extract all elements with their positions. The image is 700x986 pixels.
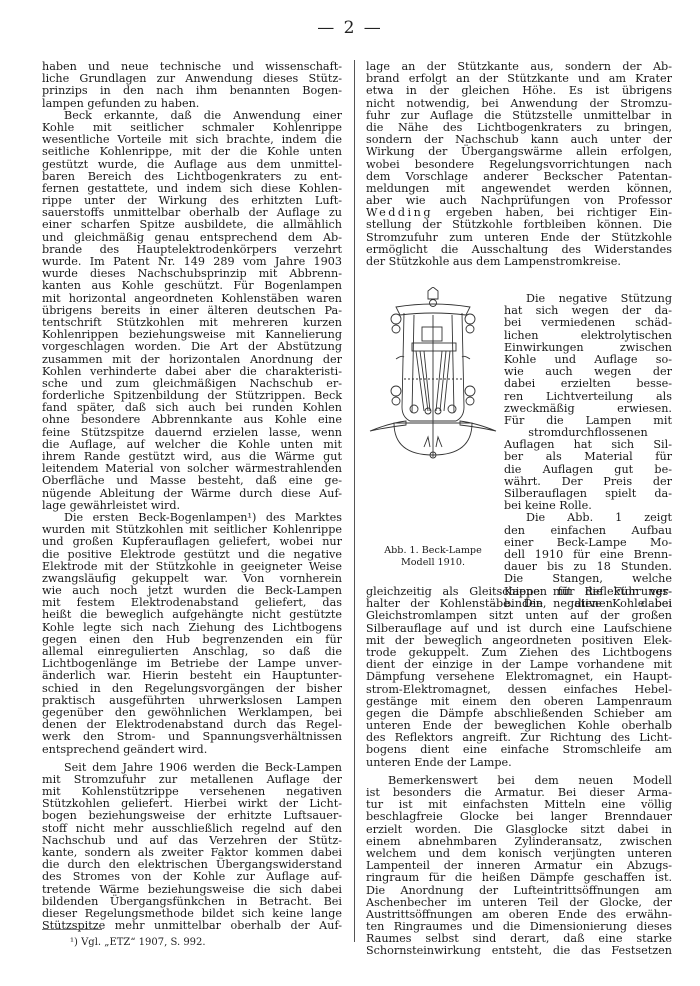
text-line: vorgeschlagen worden. Die Art der Abstüt…	[42, 341, 342, 353]
text-line: den einfachen Aufbau	[504, 525, 672, 537]
text-line: nügende Ableitung der Wärme durch diese …	[42, 488, 342, 500]
text-line: Oberfläche und Masse besteht, daß eine g…	[42, 475, 342, 487]
figure-caption: Abb. 1. Beck-Lampe Modell 1910.	[366, 545, 500, 569]
arc-lamp-illustration-icon	[366, 287, 500, 459]
text-line: und großen Kupferauflagen geliefert, wob…	[42, 536, 342, 548]
text-line: lichen elektrolytischen	[504, 330, 672, 342]
text-line: des Stromes von der Kohle zur Auflage au…	[42, 871, 342, 883]
text-line: Stützspitze mehr unmittelbar oberhalb de…	[42, 920, 342, 932]
text-line: zusammen mit der horizontalen Anordnung …	[42, 354, 342, 366]
text-line: gestützt wurde, die Auflage aus dem unmi…	[42, 159, 342, 171]
text-line: prinzips in den nach ihm benannten Bogen…	[42, 85, 342, 97]
text-line: etwa in der gleichen Höhe. Es ist übrige…	[366, 85, 672, 97]
text-line: Kohle legte sich nach Ziehung des Lichtb…	[42, 622, 342, 634]
text-line: Schornsteinwirkung entsteht, die das Fes…	[366, 945, 672, 957]
text-line: bogens dient eine einfache Stromschleife…	[366, 744, 672, 756]
text-line: Die Stangen, welche	[504, 573, 672, 585]
text-line: tretende Wärme beziehungsweise die sich …	[42, 884, 342, 896]
footnote: ¹) Vgl. „ETZ“ 1907, S. 992.	[70, 937, 206, 948]
text-line: ohne besondere Abbrennkante aus Kohle ei…	[42, 414, 342, 426]
text-line: ber als Material für	[504, 451, 672, 463]
footnote-rule	[42, 929, 102, 930]
text-line: strom-Elektromagnet, dessen einfaches He…	[366, 684, 672, 696]
page-number-header: — 2 —	[0, 18, 700, 38]
text-line: ren Lichtverteilung als	[504, 391, 672, 403]
text-line: der Stützkohle aus dem Lampenstromkreise…	[366, 256, 672, 268]
text-line: bogen beziehungsweise der erhitzte Lufts…	[42, 810, 342, 822]
caption-line-1: Abb. 1. Beck-Lampe	[366, 545, 500, 557]
text-line: änderlich war. Hierin besteht ein Hauptu…	[42, 670, 342, 682]
text-line: nicht notwendig, bei Anwendung der Strom…	[366, 98, 672, 110]
text-line: die positive Elektrode gestützt und die …	[42, 549, 342, 561]
text-line: heißt die beweglich aufgehängte nicht ge…	[42, 609, 342, 621]
text-line: beschlagfreie Glocke bei langer Brenndau…	[366, 811, 672, 823]
caption-line-2: Modell 1910.	[366, 557, 500, 569]
right-column-wrap-text: Die negative Stützunghat sich wegen der …	[504, 293, 672, 610]
text-line: Die Anordnung der Lufteintrittsöffnungen…	[366, 885, 672, 897]
text-line: einer scharfen Spitze ausbildete, die al…	[42, 219, 342, 231]
text-line: bei vermiedenen schäd-	[504, 317, 672, 329]
text-line: Silberauflage auf und ist durch eine Lau…	[366, 623, 672, 635]
text-line: feine Stützspitze dauernd erzielen lasse…	[42, 427, 342, 439]
text-line: und gleichmäßig genau entsprechend dem A…	[42, 232, 342, 244]
left-column: haben und neue technische und wissenscha…	[42, 61, 342, 932]
text-line: werk den Strom- und Spannungsverhältniss…	[42, 731, 342, 743]
text-line: schied in den Regelungsvorgängen der bis…	[42, 683, 342, 695]
text-line: lampen gefunden zu haben.	[42, 98, 342, 110]
text-line: entsprechend geändert wird.	[42, 744, 342, 756]
text-line: wobei besondere Regelungsvorrichtungen n…	[366, 159, 672, 171]
text-line: stellung der Stützkohle fortbleiben könn…	[366, 219, 672, 231]
text-line: mit horizontal angeordneten Kohlenstäben…	[42, 293, 342, 305]
text-line: Stromzufuhr zum unteren Ende der Stützko…	[366, 232, 672, 244]
text-line: seitliche Kohlenrippe, mit der die Kohle…	[42, 146, 342, 158]
text-line: stoff nicht mehr ausschließlich regelnd …	[42, 823, 342, 835]
text-line: Die Abb. 1 zeigt	[504, 512, 672, 524]
emphasized-name: Wedding	[366, 206, 433, 219]
text-line: Wirkung der Übergangswärme allein erfolg…	[366, 146, 672, 158]
text-line: kanten aus Kohle geschützt. Für Bogenlam…	[42, 280, 342, 292]
text-line: erzielt worden. Die Glasglocke sitzt dab…	[366, 824, 672, 836]
text-line: Gleichstromlampen sitzt unten auf der gr…	[366, 610, 672, 622]
text-line: unteren Ende der Lampe.	[366, 757, 672, 769]
right-column-lower: gleichzeitig als Gleitschienen für die F…	[366, 586, 672, 958]
text-line: Dämpfung versehene Elektromagnet, ein Ha…	[366, 671, 672, 683]
right-column-top: lage an der Stützkante aus, sondern der …	[366, 61, 672, 268]
text-line: die Auflagen gut be-	[504, 464, 672, 476]
text-line: dabei erzielten besse-	[504, 378, 672, 390]
figure-beck-lamp	[366, 287, 500, 459]
column-divider	[354, 60, 355, 942]
text-line: ringraum für die heißen Dämpfe geschaffe…	[366, 872, 672, 884]
